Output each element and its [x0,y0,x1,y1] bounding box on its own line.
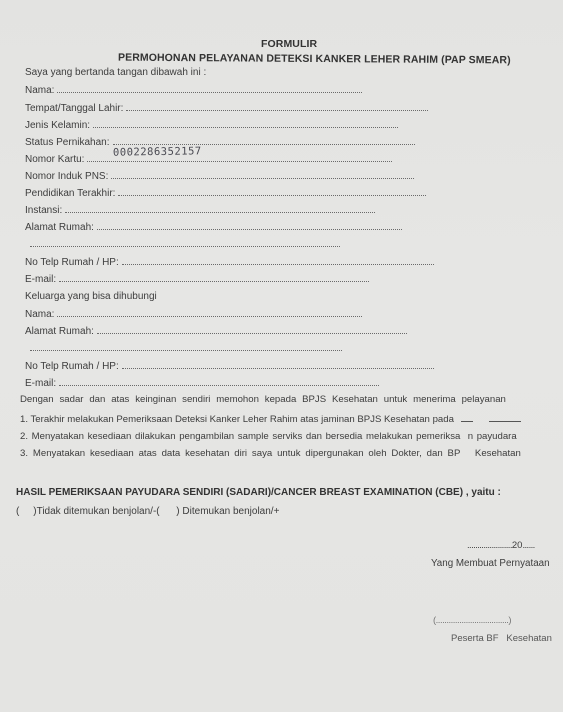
field-label: Instansi: [25,205,62,216]
field-line[interactable] [57,84,362,93]
field-label: Status Pernikahan: [25,137,110,148]
field-line[interactable] [126,102,428,111]
family-section-heading: Keluarga yang bisa dihubungi [25,291,157,302]
field-label: Nomor Kartu: [25,154,84,165]
field-label: Alamat Rumah: [25,222,94,233]
field-label: No Telp Rumah / HP: [25,257,119,268]
form-subtitle: PERMOHONAN PELAYANAN DETEKSI KANKER LEHE… [118,52,511,67]
field-line[interactable] [118,187,426,196]
field-label: E-mail: [25,274,56,285]
exam-result-heading: HASIL PEMERIKSAAN PAYUDARA SENDIRI (SADA… [16,487,501,498]
bracket-open: ( [16,506,19,517]
statement-item-2: 2. Menyatakan kesediaan dilakukan pengam… [20,431,517,442]
field-label: Jenis Kelamin: [25,120,90,131]
field-label: Alamat Rumah: [25,326,94,337]
statement-item-1: 1. Terakhir melakukan Pemeriksaan Deteks… [20,413,521,425]
date-dots: ...... [522,540,534,551]
field-line[interactable] [30,238,340,247]
statement-item-3: 3. Menyatakan kesediaan atas data keseha… [20,448,521,459]
signature-caption: Yang Membuat Pernyataan [431,558,550,569]
field-line[interactable] [122,360,434,369]
field-label: Nama: [25,85,54,96]
field-label: Nama: [25,309,54,320]
statement-item-text: 1. Terakhir melakukan Pemeriksaan Deteks… [20,414,454,425]
field-status-pernikahan[interactable]: Status Pernikahan: [25,136,415,148]
field-line[interactable] [59,377,379,386]
field-line[interactable] [97,221,402,230]
field-line[interactable] [30,342,342,351]
field-jenis-kelamin[interactable]: Jenis Kelamin: [25,119,398,131]
field-alamat-rumah-continuation[interactable] [30,238,340,250]
signature-name-line[interactable]: (..................................) [433,615,511,626]
field-line[interactable] [59,273,369,282]
blank-line[interactable] [489,413,521,422]
field-pendidikan-terakhir[interactable]: Pendidikan Terakhir: [25,187,426,199]
option-positive-label: ) Ditemukan benjolan/+ [176,506,279,517]
field-label: Pendidikan Terakhir: [25,188,115,199]
field-nomor-induk-pns[interactable]: Nomor Induk PNS: [25,170,414,182]
intro-text: Saya yang bertanda tangan dibawah ini : [25,67,206,78]
field-tempat-tanggal-lahir[interactable]: Tempat/Tanggal Lahir: [25,102,428,114]
field-line[interactable] [113,136,415,145]
family-field-nama[interactable]: Nama: [25,308,362,320]
date-dots: ...................... [467,540,512,551]
field-line[interactable] [57,308,362,317]
signature-role: Peserta BF Kesehatan [451,633,552,644]
form-page: FORMULIR PERMOHONAN PELAYANAN DETEKSI KA… [0,0,563,712]
field-line[interactable] [97,325,407,334]
field-line[interactable] [65,204,375,213]
bracket-open: ( [156,506,159,517]
field-line[interactable] [93,119,398,128]
statement-intro: Dengan sadar dan atas keinginan sendiri … [20,394,506,405]
field-instansi[interactable]: Instansi: [25,204,375,216]
field-line[interactable] [122,256,434,265]
field-alamat-rumah[interactable]: Alamat Rumah: [25,221,402,233]
field-label: Nomor Induk PNS: [25,171,108,182]
date-year: 20 [512,540,523,551]
family-field-email[interactable]: E-mail: [25,377,379,389]
family-field-no-telp[interactable]: No Telp Rumah / HP: [25,360,434,372]
field-nama[interactable]: Nama: [25,84,362,96]
checkbox-negative[interactable]: ( [16,506,33,517]
family-field-alamat-rumah[interactable]: Alamat Rumah: [25,325,407,337]
field-label: Tempat/Tanggal Lahir: [25,103,123,114]
signature-date[interactable]: ......................20...... [467,540,535,551]
field-label: E-mail: [25,378,56,389]
field-email[interactable]: E-mail: [25,273,369,285]
field-line[interactable] [111,170,414,179]
blank-line[interactable] [461,413,473,422]
field-label: No Telp Rumah / HP: [25,361,119,372]
option-negative-label: )Tidak ditemukan benjolan/- [33,506,156,517]
nomor-kartu-handwritten-value: 0002286352157 [113,145,202,159]
field-no-telp[interactable]: No Telp Rumah / HP: [25,256,434,268]
family-field-alamat-continuation[interactable] [30,342,342,354]
form-title: FORMULIR [261,38,317,50]
exam-result-options: ( )Tidak ditemukan benjolan/-( ) Ditemuk… [16,506,279,517]
field-nomor-kartu[interactable]: Nomor Kartu: [25,153,392,165]
checkbox-positive[interactable]: ( [156,506,176,517]
